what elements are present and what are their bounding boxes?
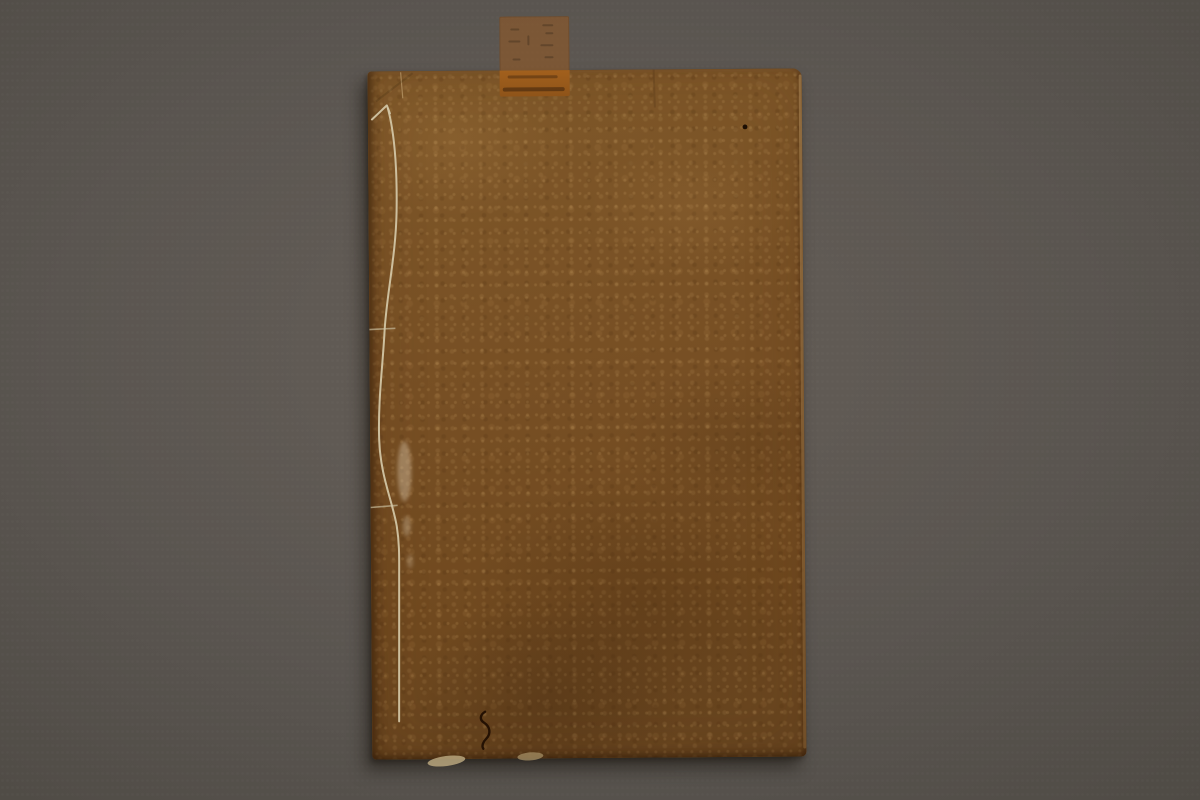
binding-thread bbox=[377, 108, 401, 721]
label-tab-on-cover bbox=[500, 70, 570, 96]
ink-squiggle-mark bbox=[481, 712, 490, 749]
page-sliver-left bbox=[427, 754, 466, 769]
book bbox=[368, 68, 807, 759]
label-tab bbox=[499, 16, 570, 96]
label-script-mark bbox=[545, 56, 554, 58]
cover-details-overlay bbox=[368, 68, 807, 759]
label-script-mark bbox=[513, 58, 521, 60]
label-tab-upper bbox=[499, 16, 569, 70]
photo-background bbox=[0, 0, 1200, 800]
label-smudge bbox=[508, 75, 558, 78]
stitch-upper bbox=[369, 328, 395, 329]
label-script-mark bbox=[542, 24, 553, 26]
label-script-mark bbox=[540, 44, 553, 46]
label-script-mark bbox=[510, 28, 519, 30]
label-smudge bbox=[503, 87, 565, 91]
corner-fold-crease bbox=[376, 73, 413, 101]
label-script-mark bbox=[508, 40, 520, 42]
thread-knot bbox=[372, 105, 390, 119]
stitch-lower bbox=[371, 505, 398, 507]
label-script-mark bbox=[545, 32, 553, 34]
wormhole-dot bbox=[743, 124, 748, 129]
top-crease bbox=[401, 72, 403, 98]
label-script-mark bbox=[527, 35, 529, 45]
page-sliver-right bbox=[517, 751, 544, 761]
top-vertical-crease bbox=[654, 70, 655, 108]
